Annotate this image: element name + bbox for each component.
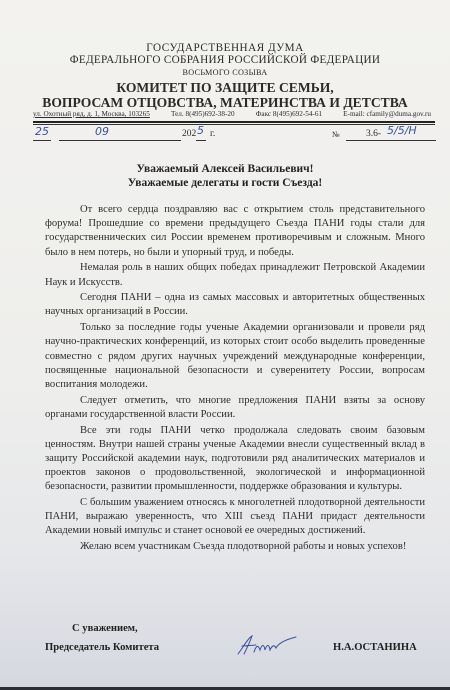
letterhead-committee-line2: ВОПРОСАМ ОТЦОВСТВА, МАТЕРИНСТВА И ДЕТСТВ… [0, 95, 450, 111]
date-day-underline [33, 140, 51, 141]
date-year-suffix: 5 [197, 124, 204, 137]
paragraph: Сегодня ПАНИ – одна из самых массовых и … [45, 291, 425, 319]
date-month: 09 [95, 125, 109, 138]
paragraph: Следует отметить, что многие предложения… [45, 394, 425, 422]
paragraph: Все эти годы ПАНИ четко продолжала следо… [45, 424, 425, 495]
paragraph: Немалая роль в наших общих победах прина… [45, 261, 425, 289]
paragraph: Только за последние годы ученые Академии… [45, 321, 425, 392]
date-day: 25 [35, 125, 49, 138]
letterhead-contacts: ул. Охотный ряд, д. 1, Москва, 103265 Те… [33, 110, 431, 118]
closing-signatory-name: Н.А.ОСТАНИНА [333, 642, 417, 653]
letterhead-committee-line1: КОМИТЕТ ПО ЗАЩИТЕ СЕМЬИ, [0, 80, 450, 96]
paragraph: От всего сердца поздравляю вас с открыти… [45, 203, 425, 260]
phone: Тел. 8(495)692-38-20 [171, 110, 235, 118]
letterhead-state-duma: ГОСУДАРСТВЕННАЯ ДУМА [0, 42, 450, 54]
number-label: № [332, 130, 340, 139]
address: ул. Охотный ряд, д. 1, Москва, 103265 [33, 110, 150, 118]
number-underline [346, 140, 436, 141]
letterhead-convocation: ВОСЬМОГО СОЗЫВА [0, 68, 450, 77]
date-month-underline [59, 140, 181, 141]
paragraph: Желаю всем участникам Съезда плодотворно… [45, 540, 425, 554]
number-prefix: 3.6- [366, 129, 381, 139]
closing-position: Председатель Комитета [45, 642, 159, 653]
greeting-delegates: Уважаемые делегаты и гости Съезда! [0, 177, 450, 189]
letter-page: ГОСУДАРСТВЕННАЯ ДУМА ФЕДЕРАЛЬНОГО СОБРАН… [0, 0, 450, 688]
date-year-label: г. [210, 129, 215, 139]
date-year-underline [196, 140, 206, 141]
letter-body: От всего сердца поздравляю вас с открыти… [45, 203, 425, 556]
letterhead-federal-assembly: ФЕДЕРАЛЬНОГО СОБРАНИЯ РОССИЙСКОЙ ФЕДЕРАЦ… [0, 54, 450, 66]
registration-line: 25 09 202 5 г. № 3.6- 5/5/Н [33, 125, 433, 143]
date-year-prefix: 202 [182, 129, 196, 139]
closing-regards: С уважением, [72, 623, 138, 634]
letterhead-rule-thick [33, 121, 435, 123]
fax: Факс 8(495)692-54-61 [256, 110, 322, 118]
number-handwritten: 5/5/Н [387, 124, 417, 137]
handwritten-signature-icon [236, 632, 298, 658]
email: E-mail: cfamily@duma.gov.ru [343, 110, 431, 118]
greeting-addressee: Уважаемый Алексей Васильевич! [0, 163, 450, 175]
paragraph: С большим уважением относясь к многолетн… [45, 496, 425, 539]
